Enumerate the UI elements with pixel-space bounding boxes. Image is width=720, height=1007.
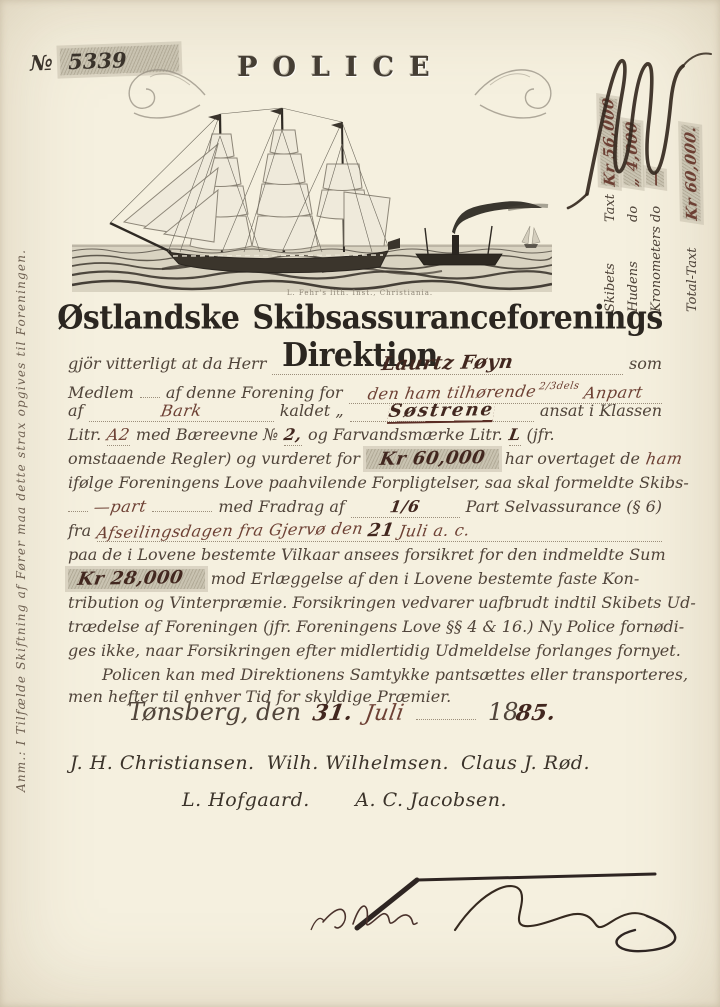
body-text: Litr. xyxy=(68,425,101,445)
body-text: har overtaget de xyxy=(505,449,640,469)
body-hand-text: ham xyxy=(644,449,684,470)
dateline: Tønsberg, den 31. Juli 18 85. xyxy=(128,698,598,726)
ship-part: —part xyxy=(92,497,148,518)
signatory-name: A. C. Jacobsen. xyxy=(355,789,507,811)
policy-number-label: № xyxy=(30,50,54,76)
body-line-3: af Bark kaldet „ Søstrene ansat i Klasse… xyxy=(68,401,662,422)
valuation-amount: Kr 60,000 xyxy=(378,448,486,470)
body-line-4: Litr. A2 med Bæreevne № 2, og Farvandsmæ… xyxy=(68,425,662,446)
body-text: ges ikke, naar Forsikringen efter midler… xyxy=(68,641,681,661)
body-text: mod Erlæggelse af den i Lovene bestemte … xyxy=(211,569,639,589)
deduction-fraction: 1/6 xyxy=(389,497,422,518)
taxt-total-label: Total-Taxt xyxy=(685,220,700,312)
body-text: tribution og Vinterpræmie. Forsikringen … xyxy=(68,593,696,613)
margin-note: Anm.: I Tilfælde Skiftning af Fører maa … xyxy=(14,300,28,792)
ship-name: Søstrene xyxy=(388,400,496,422)
body-text: med Fradrag af xyxy=(218,497,344,517)
insured-sum: Kr 28,000 xyxy=(76,568,184,590)
body-line-6: ifølge Foreningens Love paahvilende Forp… xyxy=(68,473,662,493)
body-line-5: omstaaende Regler) og vurderet for Kr 60… xyxy=(68,449,662,469)
dateline-year: 85. xyxy=(514,700,558,727)
taxt-row-label: Skibets xyxy=(603,222,618,312)
signatory-name: Claus J. Rød. xyxy=(461,752,590,774)
body-line-14: Policen kan med Direktionens Samtykke pa… xyxy=(68,665,696,685)
body-text: af xyxy=(68,401,83,421)
dateline-place: Tønsberg, den xyxy=(128,698,301,726)
distant-sailboat xyxy=(522,226,540,248)
body-text: som xyxy=(629,354,662,374)
taxt-row-label: Kronometers xyxy=(649,222,664,312)
signature-row-1: J. H. Christiansen. Wilh. Wilhelmsen. Cl… xyxy=(70,752,590,774)
body-line-8: fra Afseilingsdagen fra Gjervø den 21 Ju… xyxy=(68,521,662,542)
sailing-month: Juli a. c. xyxy=(397,520,471,541)
director-signature xyxy=(305,848,705,963)
body-line-12: trædelse af Foreningen (jfr. Foreningens… xyxy=(68,617,662,637)
body-text: omstaaende Regler) og vurderet for xyxy=(68,449,360,469)
taxt-row-label: Hudens xyxy=(626,222,641,312)
body-line-11: tribution og Vinterpræmie. Forsikringen … xyxy=(68,593,662,613)
ship-engraving xyxy=(72,96,552,292)
body-line-10: Kr 28,000 mod Erlæggelse af den i Lovene… xyxy=(68,569,662,589)
body-text: Medlem xyxy=(68,383,134,403)
ink-paraph-flourish xyxy=(565,42,715,212)
engraving-credit: L. Fehr's lith. Inst., Christiania. xyxy=(40,289,680,297)
dateline-day: 31. xyxy=(311,700,355,727)
body-line-7: —part med Fradrag af 1/6 Part Selvassura… xyxy=(68,497,662,518)
sailing-day-number: 21 xyxy=(366,521,395,541)
body-text: gjör vitterligt at da Herr xyxy=(68,354,266,374)
signatory-name: Wilh. Wilhelmsen. xyxy=(267,752,449,774)
waters-mark-litr: L xyxy=(507,425,522,445)
signatory-name: J. H. Christiansen. xyxy=(70,752,255,774)
body-text: og Farvandsmærke Litr. xyxy=(308,425,503,445)
body-line-2: Medlem af denne Forening for den ham til… xyxy=(68,377,662,404)
class-litr: A2 xyxy=(106,425,132,445)
body-text: Policen kan med Direktionens Samtykke pa… xyxy=(102,665,688,685)
body-text: (jfr. xyxy=(527,425,555,445)
signatory-name: L. Hofgaard. xyxy=(182,789,310,811)
body-text: Part Selvassurance (§ 6) xyxy=(466,497,662,517)
body-text: paa de i Lovene bestemte Vilkaar ansees … xyxy=(68,545,666,565)
body-text: fra xyxy=(68,521,91,541)
body-text: kaldet „ xyxy=(280,401,344,421)
dateline-month: Juli xyxy=(363,701,406,727)
signature-row-2: L. Hofgaard. A. C. Jacobsen. xyxy=(182,789,507,811)
capacity-number: 2, xyxy=(283,425,304,445)
sailing-day-phrase: Afseilingsdagen fra Gjervø den xyxy=(95,519,365,544)
insured-name: Laurtz Føyn xyxy=(380,352,515,374)
body-text: ansat i Klassen xyxy=(540,401,662,421)
vessel-type: Bark xyxy=(160,401,204,422)
body-line-1: gjör vitterligt at da Herr Laurtz Føyn s… xyxy=(68,353,662,375)
body-line-13: ges ikke, naar Forsikringen efter midler… xyxy=(68,641,662,661)
body-text: med Bæreevne № xyxy=(136,425,278,445)
policy-document: № 5339 POLICE xyxy=(0,0,720,1007)
police-title: POLICE xyxy=(196,52,486,83)
body-line-9: paa de i Lovene bestemte Vilkaar ansees … xyxy=(68,545,662,565)
ownership-fraction: 2/3dels xyxy=(537,377,581,398)
body-text: trædelse af Foreningen (jfr. Foreningens… xyxy=(68,617,684,637)
body-text: ifølge Foreningens Love paahvilende Forp… xyxy=(68,473,689,493)
